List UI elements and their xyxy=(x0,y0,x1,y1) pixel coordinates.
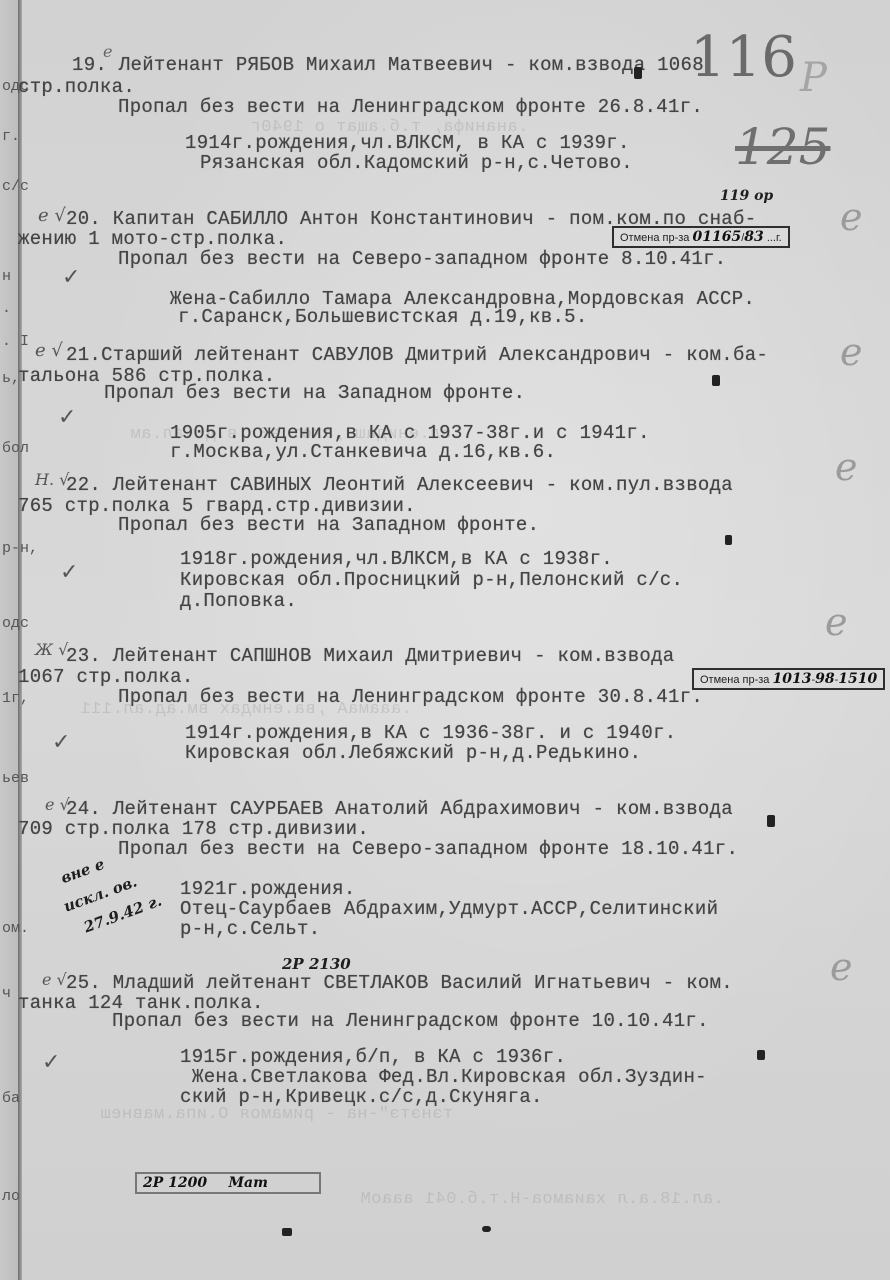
entry-status: Пропал без вести на Ленинградском фронте… xyxy=(118,96,703,118)
margin-fragment: . I xyxy=(2,333,29,350)
entry-line: 1067 стр.полка. xyxy=(18,666,194,688)
entry-status: Пропал без вести на Северо-западном фрон… xyxy=(118,838,738,860)
margin-fragment: с/с xyxy=(2,178,29,195)
entry-status: Пропал без вести на Ленинградском фронте… xyxy=(112,1010,709,1032)
margin-fragment: ло xyxy=(2,1188,20,1205)
check-mark-icon: ✓ xyxy=(52,730,70,755)
entry-detail: Кировская обл.Лебяжский р-н,д.Редькино. xyxy=(185,742,641,764)
stamp-label: Отмена пр-за xyxy=(700,674,769,686)
entry-line: 25. Младший лейтенант СВЕТЛАКОВ Василий … xyxy=(66,972,733,994)
entry-status: Пропал без вести на Ленинградском фронте… xyxy=(118,686,703,708)
margin-fragment: ба xyxy=(2,1090,20,1107)
margin-mark: е √ xyxy=(35,340,63,361)
margin-fragment: . xyxy=(2,300,11,317)
entry-detail: Отец-Саурбаев Абдрахим,Удмурт.АССР,Селит… xyxy=(180,898,718,920)
stamp-value: 1013 xyxy=(772,671,811,687)
entry-detail: р-н,с.Сельт. xyxy=(180,918,320,940)
document-page: одс г. с/с н . . I ь, бол р-н, одс 1г, ь… xyxy=(0,0,890,1280)
handwritten-note: 2Р 2130 xyxy=(282,955,351,973)
entry-detail: 1915г.рождения,б/п, в КА с 1936г. xyxy=(180,1046,566,1068)
entry-line: 22. Лейтенант САВИНЫХ Леонтий Алексеевич… xyxy=(66,474,733,496)
handwritten-note: 119 ор xyxy=(720,188,773,204)
stamp-suffix: 98 xyxy=(815,671,834,687)
entry-detail: Кировская обл.Просницкий р-н,Пелонский с… xyxy=(180,569,683,591)
check-mark-icon: ✓ xyxy=(42,1050,60,1075)
entry-line: 24. Лейтенант САУРБАЕВ Анатолий Абдрахим… xyxy=(66,798,733,820)
entry-status: Пропал без вести на Западном фронте. xyxy=(118,514,539,536)
stamp-trailer: 1510 xyxy=(838,671,877,687)
ink-blot xyxy=(757,1050,765,1060)
margin-fragment: ом. xyxy=(2,920,29,937)
entry-line: 23. Лейтенант САПШНОВ Михаил Дмитриевич … xyxy=(66,645,675,667)
entry-detail: Рязанская обл.Кадомский р-н,с.Четово. xyxy=(200,152,633,174)
entry-line: стр.полка. xyxy=(18,76,135,98)
entry-status: Пропал без вести на Западном фронте. xyxy=(104,382,525,404)
margin-fragment: ьев xyxy=(2,770,29,787)
entry-line: 21.Старший лейтенант САВУЛОВ Дмитрий Але… xyxy=(66,344,768,366)
check-mark-icon: ✓ xyxy=(60,560,78,585)
stamp-signature: Мат xyxy=(229,1175,268,1191)
check-mark-icon: ✓ xyxy=(58,405,76,430)
stamp-trailer: ...г. xyxy=(767,232,782,244)
margin-fragment: р-н, xyxy=(2,540,38,557)
entry-detail: 1921г.рождения. xyxy=(180,878,356,900)
handwritten-note: вне е xyxy=(58,855,107,887)
ink-blot xyxy=(725,535,732,545)
margin-mark: е √ xyxy=(42,970,67,989)
entry-line: 709 стр.полка 178 стр.дивизии. xyxy=(18,818,369,840)
margin-mark: Ж √ xyxy=(35,640,68,659)
ink-blot xyxy=(482,1226,491,1232)
entry-line: 19. Лейтенант РЯБОВ Михаил Матвеевич - к… xyxy=(72,54,704,76)
ink-blot xyxy=(282,1228,292,1236)
entry-detail: г.Саранск,Большевистская д.19,кв.5. xyxy=(178,306,588,328)
ink-blot xyxy=(712,375,720,386)
stamp-label: Отмена пр-за xyxy=(620,232,689,244)
bottom-stamp: 2Р 1200 Мат xyxy=(135,1172,321,1194)
entry-detail: г.Москва,ул.Станкевича д.16,кв.6. xyxy=(170,441,556,463)
entry-detail: Жена.Светлакова Фед.Вл.Кировская обл.Зуз… xyxy=(192,1066,707,1088)
handwritten-page-number: 116 xyxy=(690,25,797,90)
margin-fragment: одс xyxy=(2,615,29,632)
handwritten-e-mark: е xyxy=(840,195,863,239)
entry-line: жению 1 мото-стр.полка. xyxy=(18,228,287,250)
handwritten-e-mark: е xyxy=(825,600,848,644)
handwritten-letter-mark: Р xyxy=(800,55,827,101)
margin-mark: е √ xyxy=(38,205,66,226)
ink-blot xyxy=(767,815,775,827)
check-mark-icon: ✓ xyxy=(62,265,80,290)
margin-mark: Н. √ xyxy=(35,470,69,489)
margin-fragment: н xyxy=(2,268,11,285)
entry-detail: 1914г.рождения,в КА с 1936-38г. и с 1940… xyxy=(185,722,676,744)
entry-detail: ский р-н,Кривецк.с/с,д.Скуняга. xyxy=(180,1086,543,1108)
cancellation-stamp: Отмена пр-за 01165/83 ...г. xyxy=(612,226,790,248)
cancellation-stamp: Отмена пр-за 1013-98-1510 xyxy=(692,668,885,690)
margin-fragment: бол xyxy=(2,440,29,457)
entry-detail: 1918г.рождения,чл.ВЛКСМ,в КА с 1938г. xyxy=(180,548,613,570)
entry-detail: 1914г.рождения,чл.ВЛКСМ, в КА с 1939г. xyxy=(185,132,630,154)
margin-fragment: ч xyxy=(2,985,11,1002)
handwritten-e-mark: е xyxy=(840,330,863,374)
margin-fragment: 1г, xyxy=(2,690,29,707)
stamp-value: 01165 xyxy=(692,229,741,245)
handwritten-e-mark: е xyxy=(830,945,853,989)
margin-fragment: г. xyxy=(2,128,20,145)
entry-detail: д.Поповка. xyxy=(180,590,297,612)
bleed-through-text: .ал.18.а.л хаиамоа-Н.т.б.041 аааоМ xyxy=(360,1190,724,1209)
crossed-out-page-number: 125 xyxy=(735,118,830,176)
handwritten-e-mark: е xyxy=(835,445,858,489)
stamp-suffix: 83 xyxy=(744,229,763,245)
stamp-value: 2Р 1200 xyxy=(143,1175,207,1191)
ink-blot xyxy=(634,67,642,79)
entry-status: Пропал без вести на Северо-западном фрон… xyxy=(118,248,727,270)
